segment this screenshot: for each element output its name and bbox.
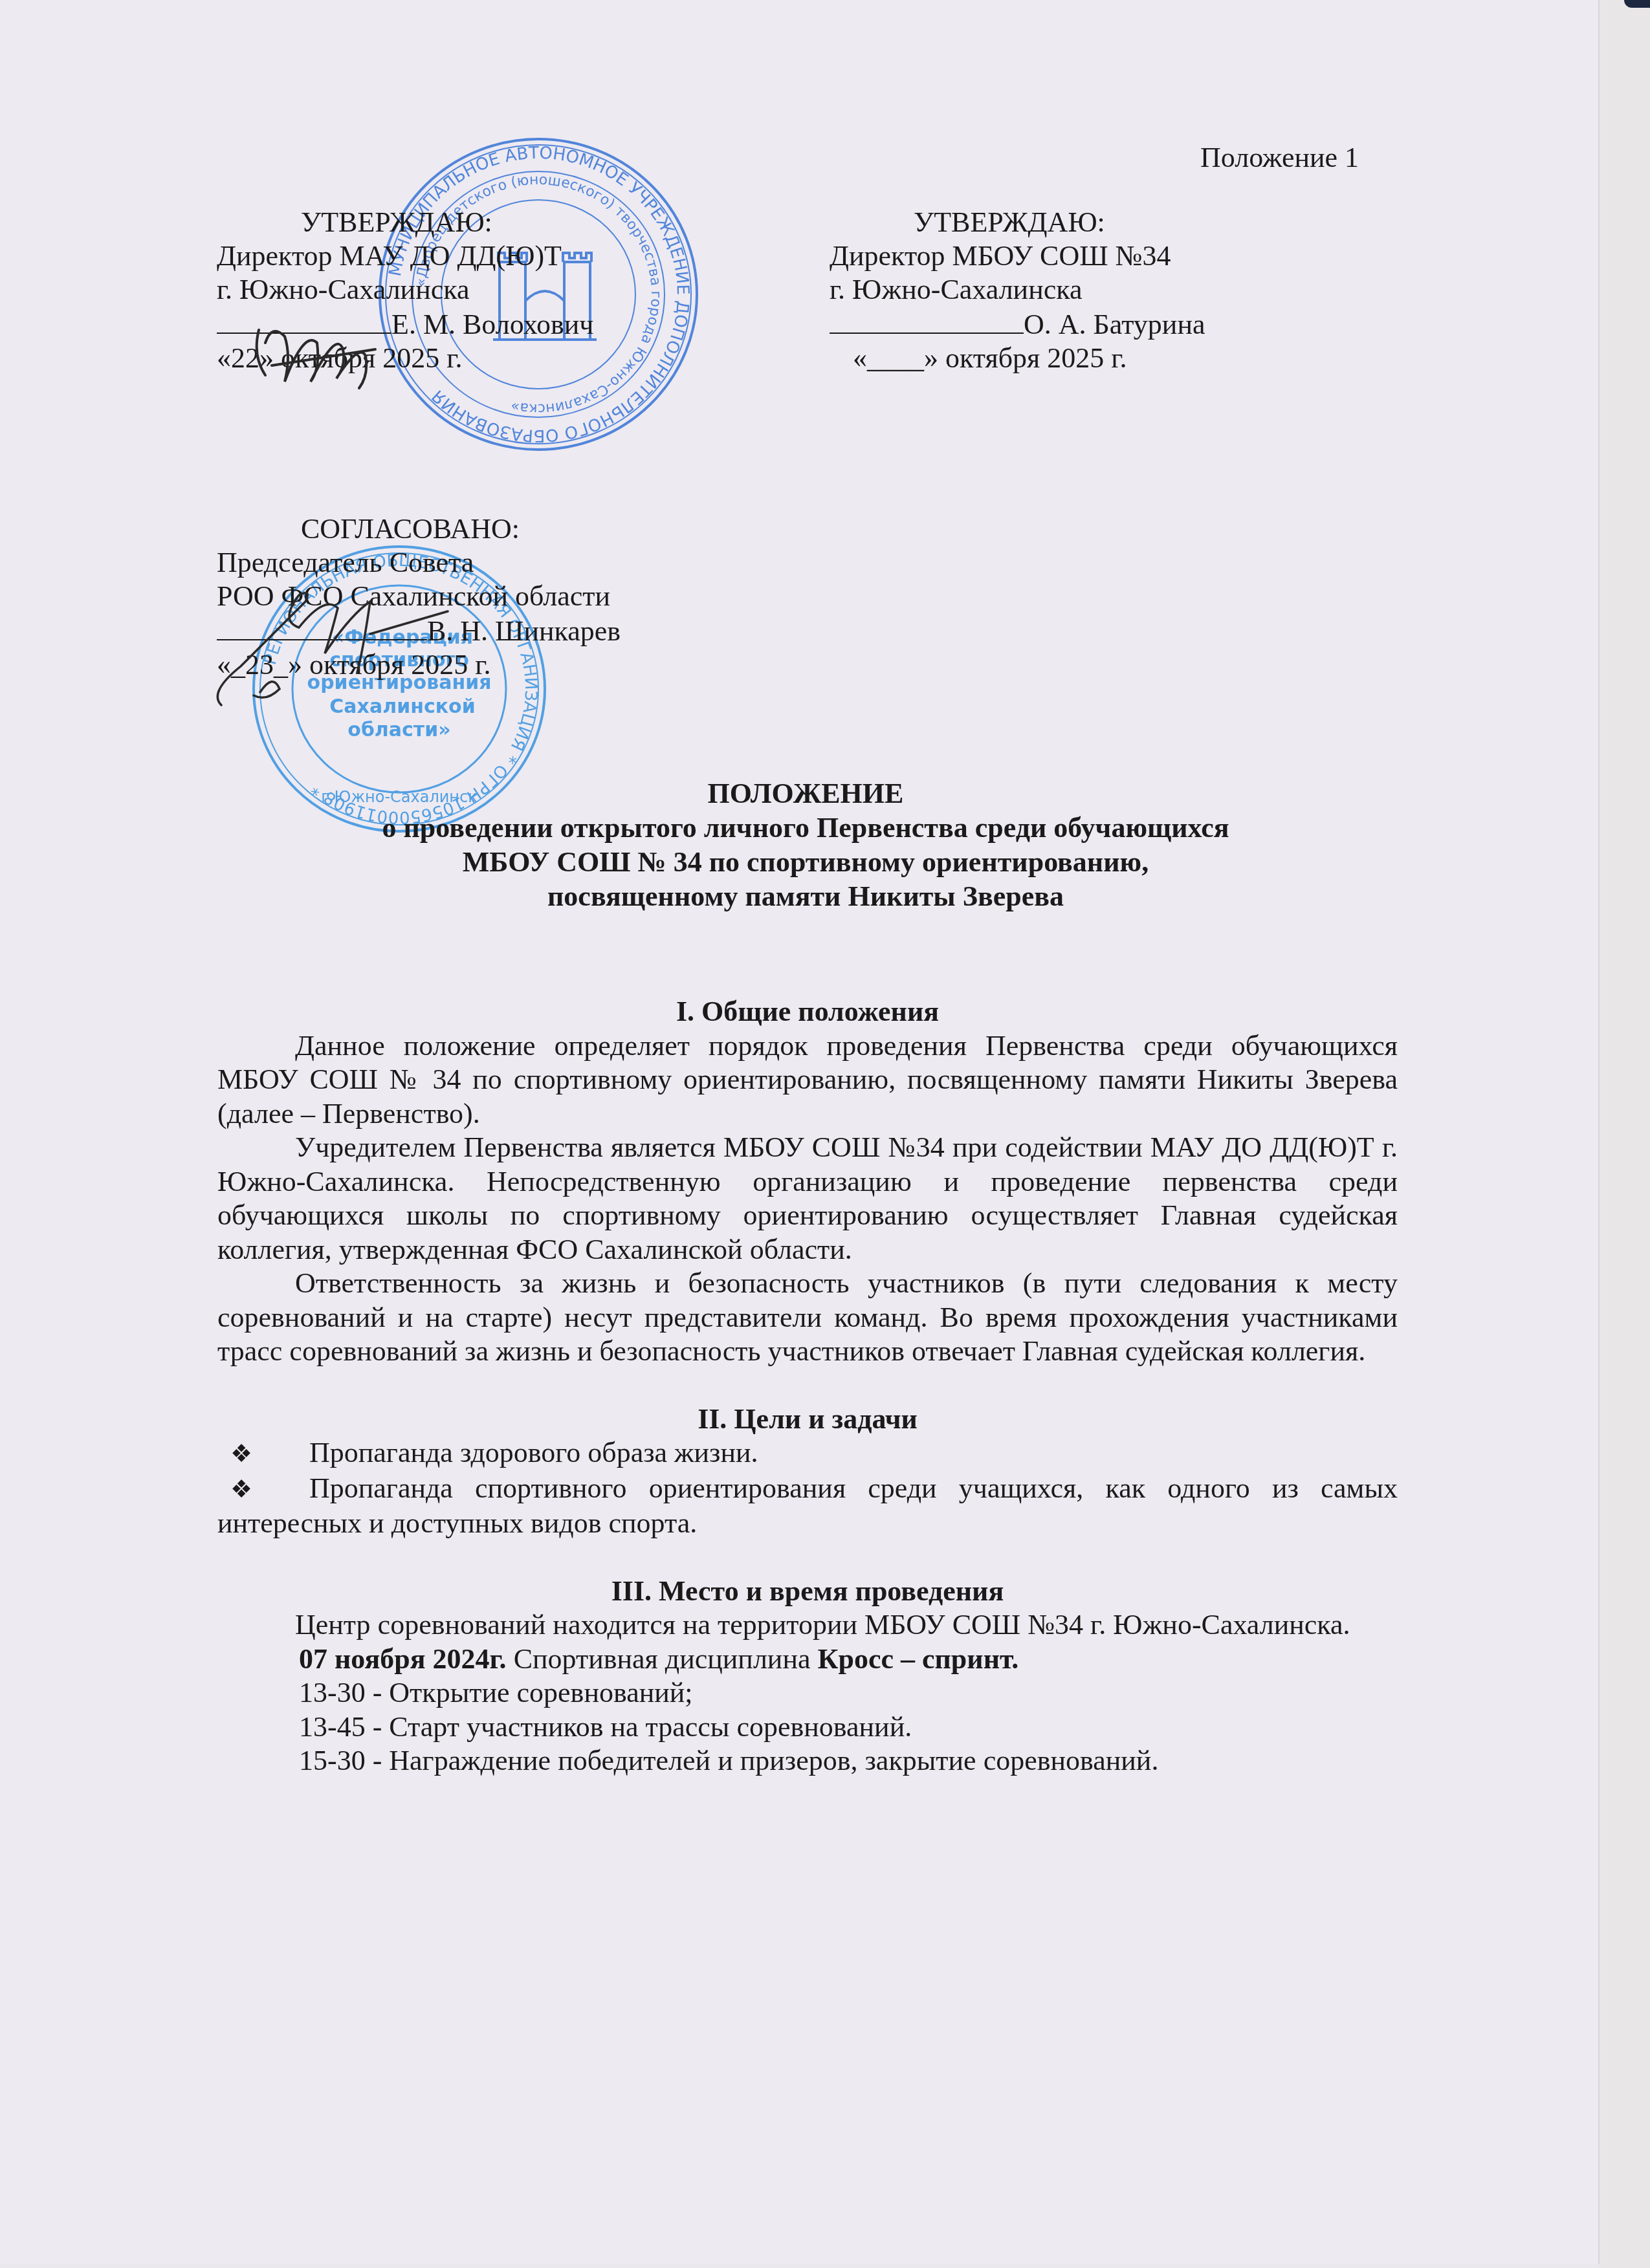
approval-city: г. Южно-Сахалинска	[830, 273, 1205, 307]
event-date: 07 ноября 2024г.	[299, 1643, 507, 1675]
schedule-item: 13-30 - Открытие соревнований;	[217, 1676, 1398, 1710]
approval-city: г. Южно-Сахалинска	[217, 273, 593, 307]
approval-date: «____» октября 2025 г.	[830, 342, 1205, 375]
title-line-2: о проведении открытого личного Первенств…	[214, 811, 1398, 845]
schedule-item: 13-45 - Старт участников на трассы сорев…	[217, 1710, 1398, 1745]
approval-position: Директор МБОУ СОШ №34	[830, 239, 1205, 273]
paragraph: Учредителем Первенства является МБОУ СОШ…	[217, 1131, 1398, 1267]
document-page: Положение 1 МУНИЦИПАЛЬНОЕ АВТОНОМНОЕ УЧР…	[0, 0, 1600, 2264]
paragraph: Центр соревнований находится на территор…	[217, 1608, 1398, 1642]
event-discipline: Кросс – спринт.	[818, 1643, 1019, 1675]
section-heading-general: I. Общие положения	[217, 995, 1398, 1029]
svg-text:области»: области»	[347, 719, 450, 741]
event-line: 07 ноября 2024г. Спортивная дисциплина К…	[217, 1642, 1398, 1677]
diamond-bullet-icon: ❖	[217, 1473, 290, 1507]
title-line-1: ПОЛОЖЕНИЕ	[214, 776, 1398, 811]
approval-position: Директор МАУ ДО ДД(Ю)Т	[217, 239, 593, 273]
bullet-item: ❖Пропаганда спортивного ориентирования с…	[217, 1472, 1398, 1541]
scanner-bed-edge	[1600, 0, 1650, 2268]
document-title: ПОЛОЖЕНИЕ о проведении открытого личного…	[214, 776, 1398, 913]
handwritten-signature-icon	[202, 550, 474, 718]
schedule-item: 15-30 - Награждение победителей и призер…	[217, 1744, 1398, 1778]
signatory-name: О. А. Батурина	[1024, 309, 1205, 340]
title-line-4: посвященному памяти Никиты Зверева	[214, 879, 1398, 913]
scanner-corner	[1624, 0, 1650, 8]
document-body: I. Общие положения Данное положение опре…	[217, 957, 1398, 1778]
paragraph: Данное положение определяет порядок пров…	[217, 1029, 1398, 1131]
paragraph: Ответственность за жизнь и безопасность …	[217, 1267, 1398, 1369]
handwritten-signature-icon	[246, 304, 388, 395]
attachment-label: Положение 1	[1200, 141, 1359, 175]
agreed-heading: СОГЛАСОВАНО:	[217, 512, 621, 546]
approval-block-right: УТВЕРЖДАЮ: Директор МБОУ СОШ №34 г. Южно…	[830, 206, 1205, 375]
signatory-name: Е. М. Волохович	[391, 309, 593, 340]
title-line-3: МБОУ СОШ № 34 по спортивному ориентирова…	[214, 845, 1398, 879]
signature-line	[830, 307, 1024, 334]
bullet-item: ❖Пропаганда здорового образа жизни.	[217, 1436, 1398, 1472]
approval-heading: УТВЕРЖДАЮ:	[217, 206, 593, 239]
approval-heading: УТВЕРЖДАЮ:	[830, 206, 1205, 239]
section-heading-goals: II. Цели и задачи	[217, 1402, 1398, 1437]
diamond-bullet-icon: ❖	[217, 1437, 290, 1472]
section-heading-place-time: III. Место и время проведения	[217, 1575, 1398, 1609]
